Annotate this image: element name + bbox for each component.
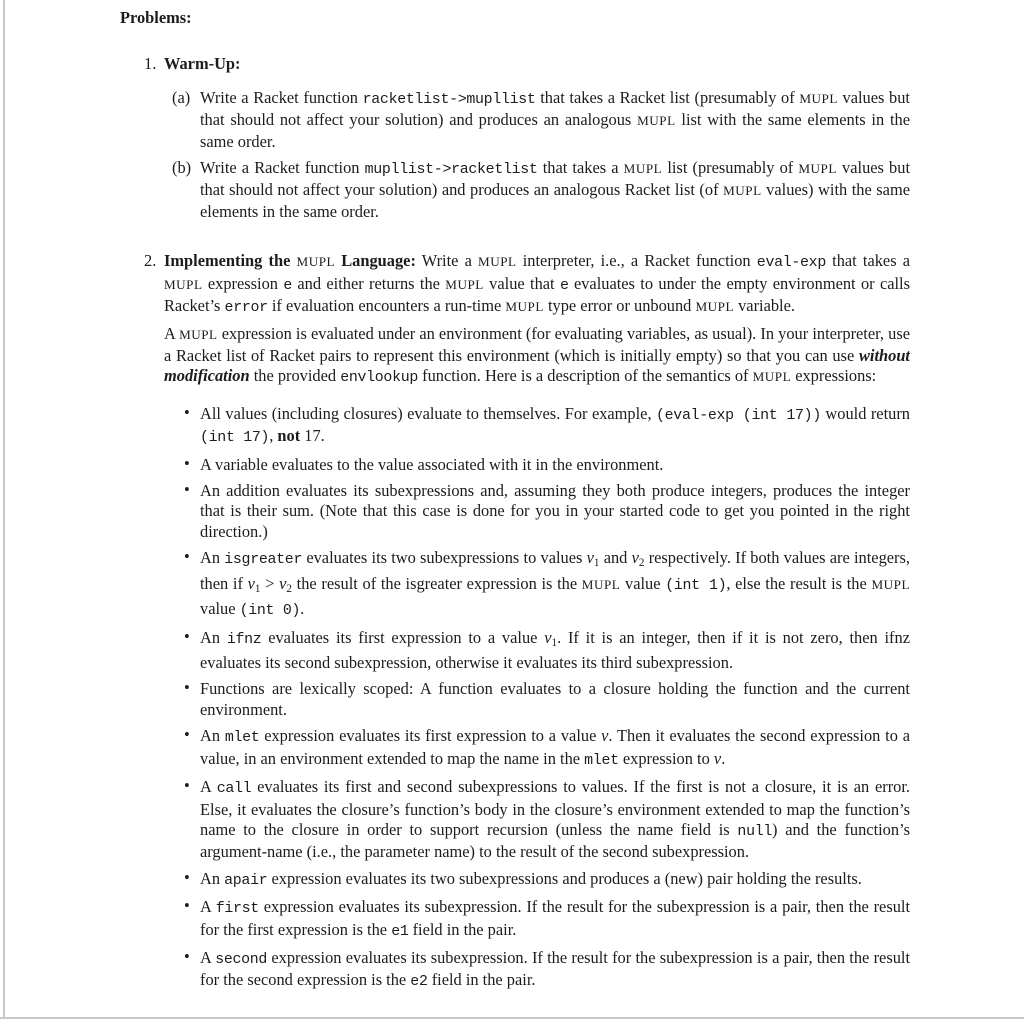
bullet-text: A call evaluates its first and second su… — [200, 777, 910, 863]
bullet-icon: • — [184, 678, 190, 698]
bullet-icon: • — [184, 547, 190, 567]
bullet-apair: • An apair expression evaluates its two … — [164, 869, 910, 891]
subitem-b-label: (b) — [172, 158, 191, 178]
bullet-variable: • A variable evaluates to the value asso… — [164, 455, 910, 475]
subitem-b: (b) Write a Racket function mupllist->ra… — [164, 158, 910, 222]
bullet-text: Functions are lexically scoped: A functi… — [200, 679, 910, 720]
semantics-bullet-list: • All values (including closures) evalua… — [164, 404, 910, 993]
bullet-text: An apair expression evaluates its two su… — [200, 869, 910, 891]
subitem-a-text: Write a Racket function racketlist->mupl… — [200, 88, 910, 152]
bullet-icon: • — [184, 776, 190, 796]
bullet-text: An addition evaluates its subexpressions… — [200, 481, 910, 542]
enum-number-2: 2. — [144, 251, 156, 271]
bullet-text: An mlet expression evaluates its first e… — [200, 726, 910, 771]
bullet-icon: • — [184, 868, 190, 888]
enum-item-warmup: 1. Warm-Up: (a) Write a Racket function … — [120, 54, 910, 222]
document-page: Problems: 1. Warm-Up: (a) Write a Racket… — [120, 8, 910, 993]
subitem-b-text: Write a Racket function mupllist->racket… — [200, 158, 910, 222]
bullet-ifnz: • An ifnz evaluates its first expression… — [164, 628, 910, 674]
bullet-icon: • — [184, 403, 190, 423]
bullet-text: An isgreater evaluates its two subexpres… — [200, 548, 910, 621]
bullet-mlet: • An mlet expression evaluates its first… — [164, 726, 910, 771]
bullet-icon: • — [184, 480, 190, 500]
bullet-icon: • — [184, 896, 190, 916]
subitem-a: (a) Write a Racket function racketlist->… — [164, 88, 910, 152]
bullet-first: • A first expression evaluates its subex… — [164, 897, 910, 942]
bullet-text: An ifnz evaluates its first expression t… — [200, 628, 910, 674]
bullet-icon: • — [184, 725, 190, 745]
bullet-functions: • Functions are lexically scoped: A func… — [164, 679, 910, 720]
bullet-text: A first expression evaluates its subexpr… — [200, 897, 910, 942]
page-left-border — [3, 0, 5, 1019]
subitem-a-label: (a) — [172, 88, 190, 108]
enum-body-2: Implementing the MUPL Language: Write a … — [164, 251, 910, 993]
warmup-heading: Warm-Up: — [164, 54, 910, 74]
bullet-call: • A call evaluates its first and second … — [164, 777, 910, 863]
enum-item-implementing: 2. Implementing the MUPL Language: Write… — [120, 251, 910, 993]
bullet-all-values: • All values (including closures) evalua… — [164, 404, 910, 449]
enum-body-1: Warm-Up: (a) Write a Racket function rac… — [164, 54, 910, 222]
environment-paragraph: A MUPL expression is evaluated under an … — [164, 324, 910, 388]
implementing-lead-paragraph: Implementing the MUPL Language: Write a … — [164, 251, 910, 318]
bullet-icon: • — [184, 947, 190, 967]
problems-heading: Problems: — [120, 8, 910, 28]
bullet-text: A variable evaluates to the value associ… — [200, 455, 910, 475]
bullet-isgreater: • An isgreater evaluates its two subexpr… — [164, 548, 910, 621]
bullet-icon: • — [184, 627, 190, 647]
enum-number-1: 1. — [144, 54, 156, 74]
bullet-addition: • An addition evaluates its subexpressio… — [164, 481, 910, 542]
bullet-second: • A second expression evaluates its sube… — [164, 948, 910, 993]
bullet-text: A second expression evaluates its subexp… — [200, 948, 910, 993]
bullet-icon: • — [184, 454, 190, 474]
bullet-text: All values (including closures) evaluate… — [200, 404, 910, 449]
